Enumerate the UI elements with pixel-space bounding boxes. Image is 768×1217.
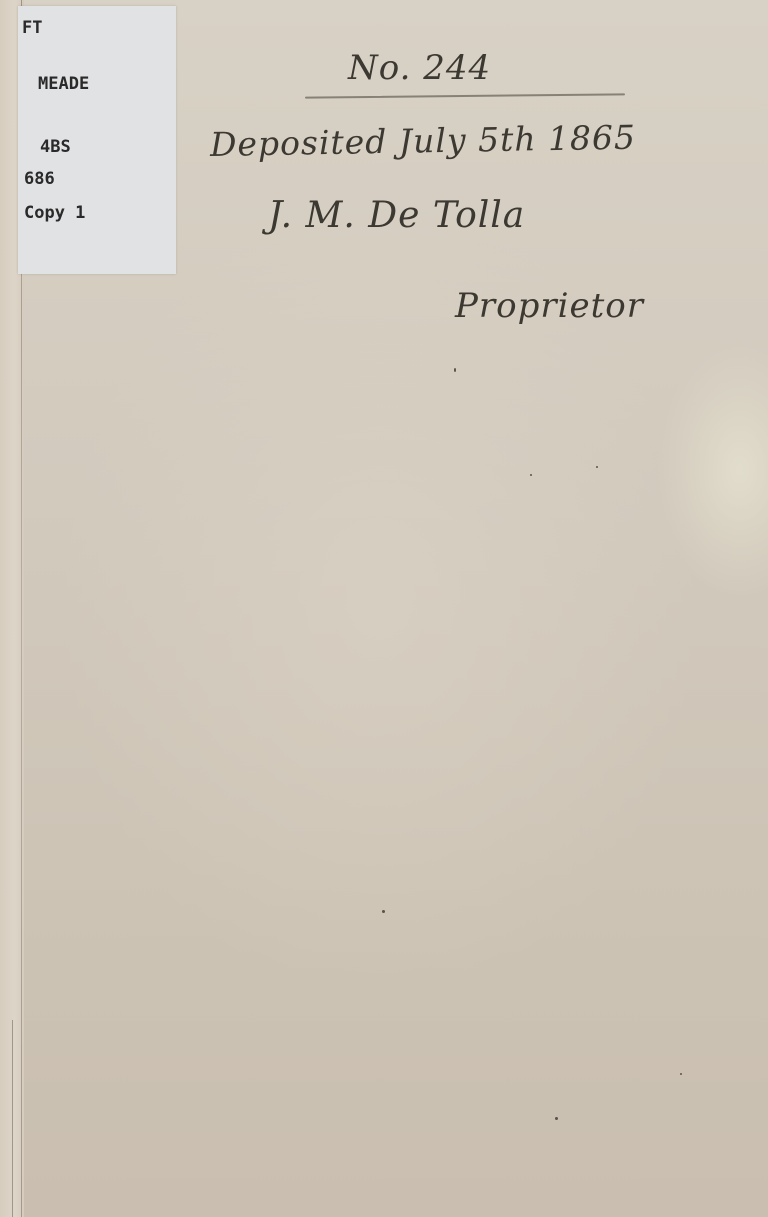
paper-speck (596, 466, 598, 468)
handwritten-proprietor-name: J. M. De Tolla (268, 195, 525, 236)
label-line-meade: MEADE (38, 74, 89, 94)
spine-crease-lower (12, 1020, 13, 1217)
label-line-class: 4BS (40, 137, 71, 157)
handwritten-deposit-date: Deposited July 5th 1865 (210, 118, 637, 164)
paper-speck (530, 474, 532, 476)
handwritten-underline (305, 93, 625, 98)
library-call-number-label: FT MEADE 4BS 686 Copy 1 (18, 6, 176, 274)
paper-speck (382, 910, 385, 913)
label-line-ft: FT (22, 18, 42, 38)
label-line-number: 686 (24, 169, 55, 189)
label-line-copy: Copy 1 (24, 203, 85, 223)
paper-speck (680, 1073, 682, 1075)
handwritten-deposit-number: No. 244 (348, 48, 491, 88)
paper-speck (454, 368, 456, 372)
paper-speck (555, 1117, 558, 1120)
handwritten-proprietor-title: Proprietor (455, 286, 644, 326)
document-page: FT MEADE 4BS 686 Copy 1 No. 244 Deposite… (0, 0, 768, 1217)
